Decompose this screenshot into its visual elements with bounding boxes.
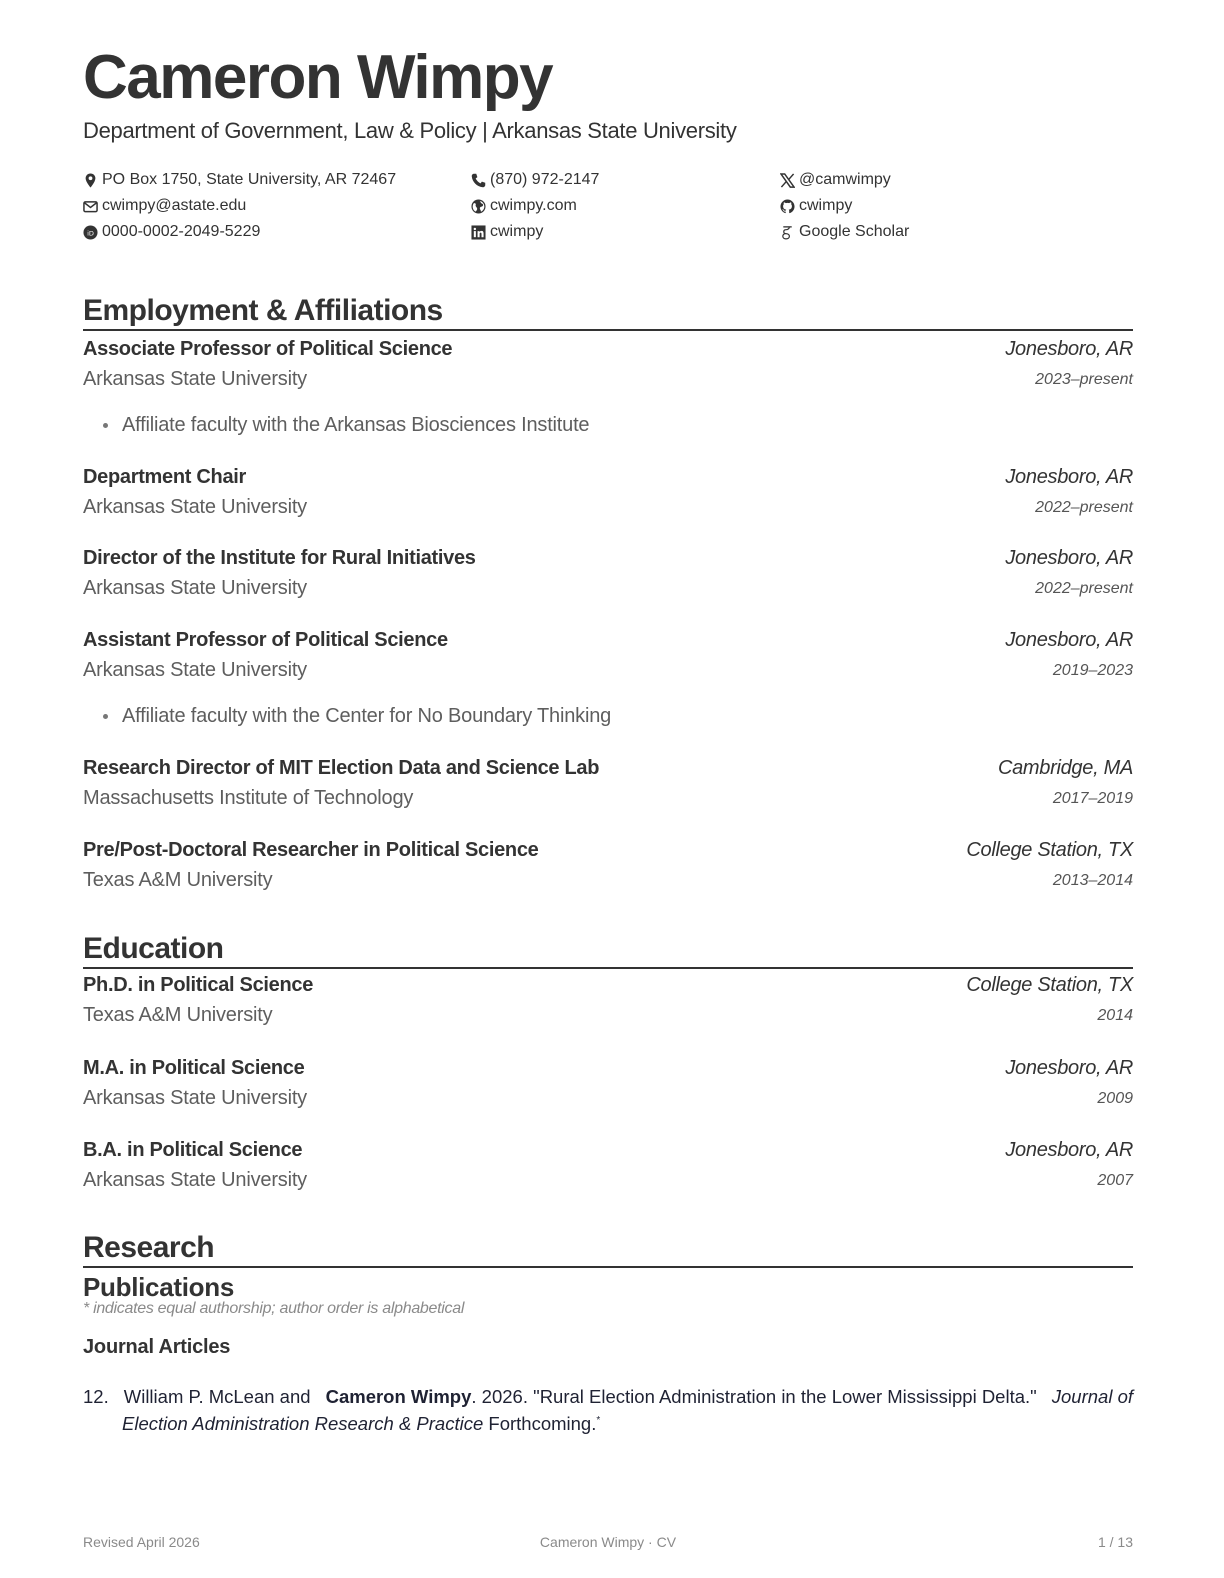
x-twitter-icon <box>780 173 795 188</box>
publications-title: Publications <box>83 1272 234 1302</box>
cv-affiliation: Department of Government, Law & Policy |… <box>83 118 737 144</box>
contact-linkedin[interactable]: cwimpy <box>471 221 543 243</box>
map-marker-icon <box>83 173 98 188</box>
contact-email[interactable]: cwimpy@astate.edu <box>83 195 246 217</box>
linkedin-icon <box>471 225 486 240</box>
bullet-icon <box>103 423 108 428</box>
journal-name: Election Administration Research & Pract… <box>122 1413 483 1434</box>
page-footer: Revised April 2026 Cameron Wimpy · CV 1 … <box>83 1532 1133 1552</box>
contact-google-scholar[interactable]: Google Scholar <box>780 221 909 243</box>
globe-icon <box>471 199 486 214</box>
page-number: 1 / 13 <box>1098 1532 1133 1552</box>
contact-x[interactable]: @camwimpy <box>780 169 891 191</box>
contact-website[interactable]: cwimpy.com <box>471 195 577 217</box>
github-icon <box>780 199 795 214</box>
publication-item: 12. William P. McLean and Cameron Wimpy.… <box>83 1383 1133 1437</box>
envelope-icon <box>83 199 98 214</box>
contact-block: PO Box 1750, State University, AR 72467 … <box>83 169 1133 249</box>
entry-bullet: Affiliate faculty with the Center for No… <box>103 703 611 729</box>
highlighted-author: Cameron Wimpy <box>326 1386 472 1407</box>
equal-authorship-marker: * <box>596 1415 600 1426</box>
section-divider <box>83 329 1133 331</box>
section-title-employment: Employment & Affiliations <box>83 294 1133 328</box>
section-divider <box>83 1266 1133 1268</box>
contact-phone[interactable]: (870) 972-2147 <box>471 169 599 191</box>
phone-icon <box>471 173 486 188</box>
orcid-icon: iD <box>83 225 98 240</box>
contact-github[interactable]: cwimpy <box>780 195 852 217</box>
bullet-icon <box>103 714 108 719</box>
entry-bullet: Affiliate faculty with the Arkansas Bios… <box>103 412 589 438</box>
footer-title: Cameron Wimpy · CV <box>83 1532 1133 1552</box>
cv-name: Cameron Wimpy <box>83 40 552 116</box>
contact-address[interactable]: PO Box 1750, State University, AR 72467 <box>83 169 396 191</box>
authorship-note: * indicates equal authorship; author ord… <box>83 1300 464 1318</box>
google-scholar-icon <box>780 225 795 240</box>
svg-text:iD: iD <box>87 229 94 237</box>
journal-articles-title: Journal Articles <box>83 1336 230 1359</box>
section-divider <box>83 967 1133 969</box>
section-title-research: Research <box>83 1231 1133 1265</box>
contact-orcid[interactable]: iD 0000-0002-2049-5229 <box>83 221 260 243</box>
section-title-education: Education <box>83 932 1133 966</box>
journal-name: Journal of <box>1052 1383 1133 1410</box>
